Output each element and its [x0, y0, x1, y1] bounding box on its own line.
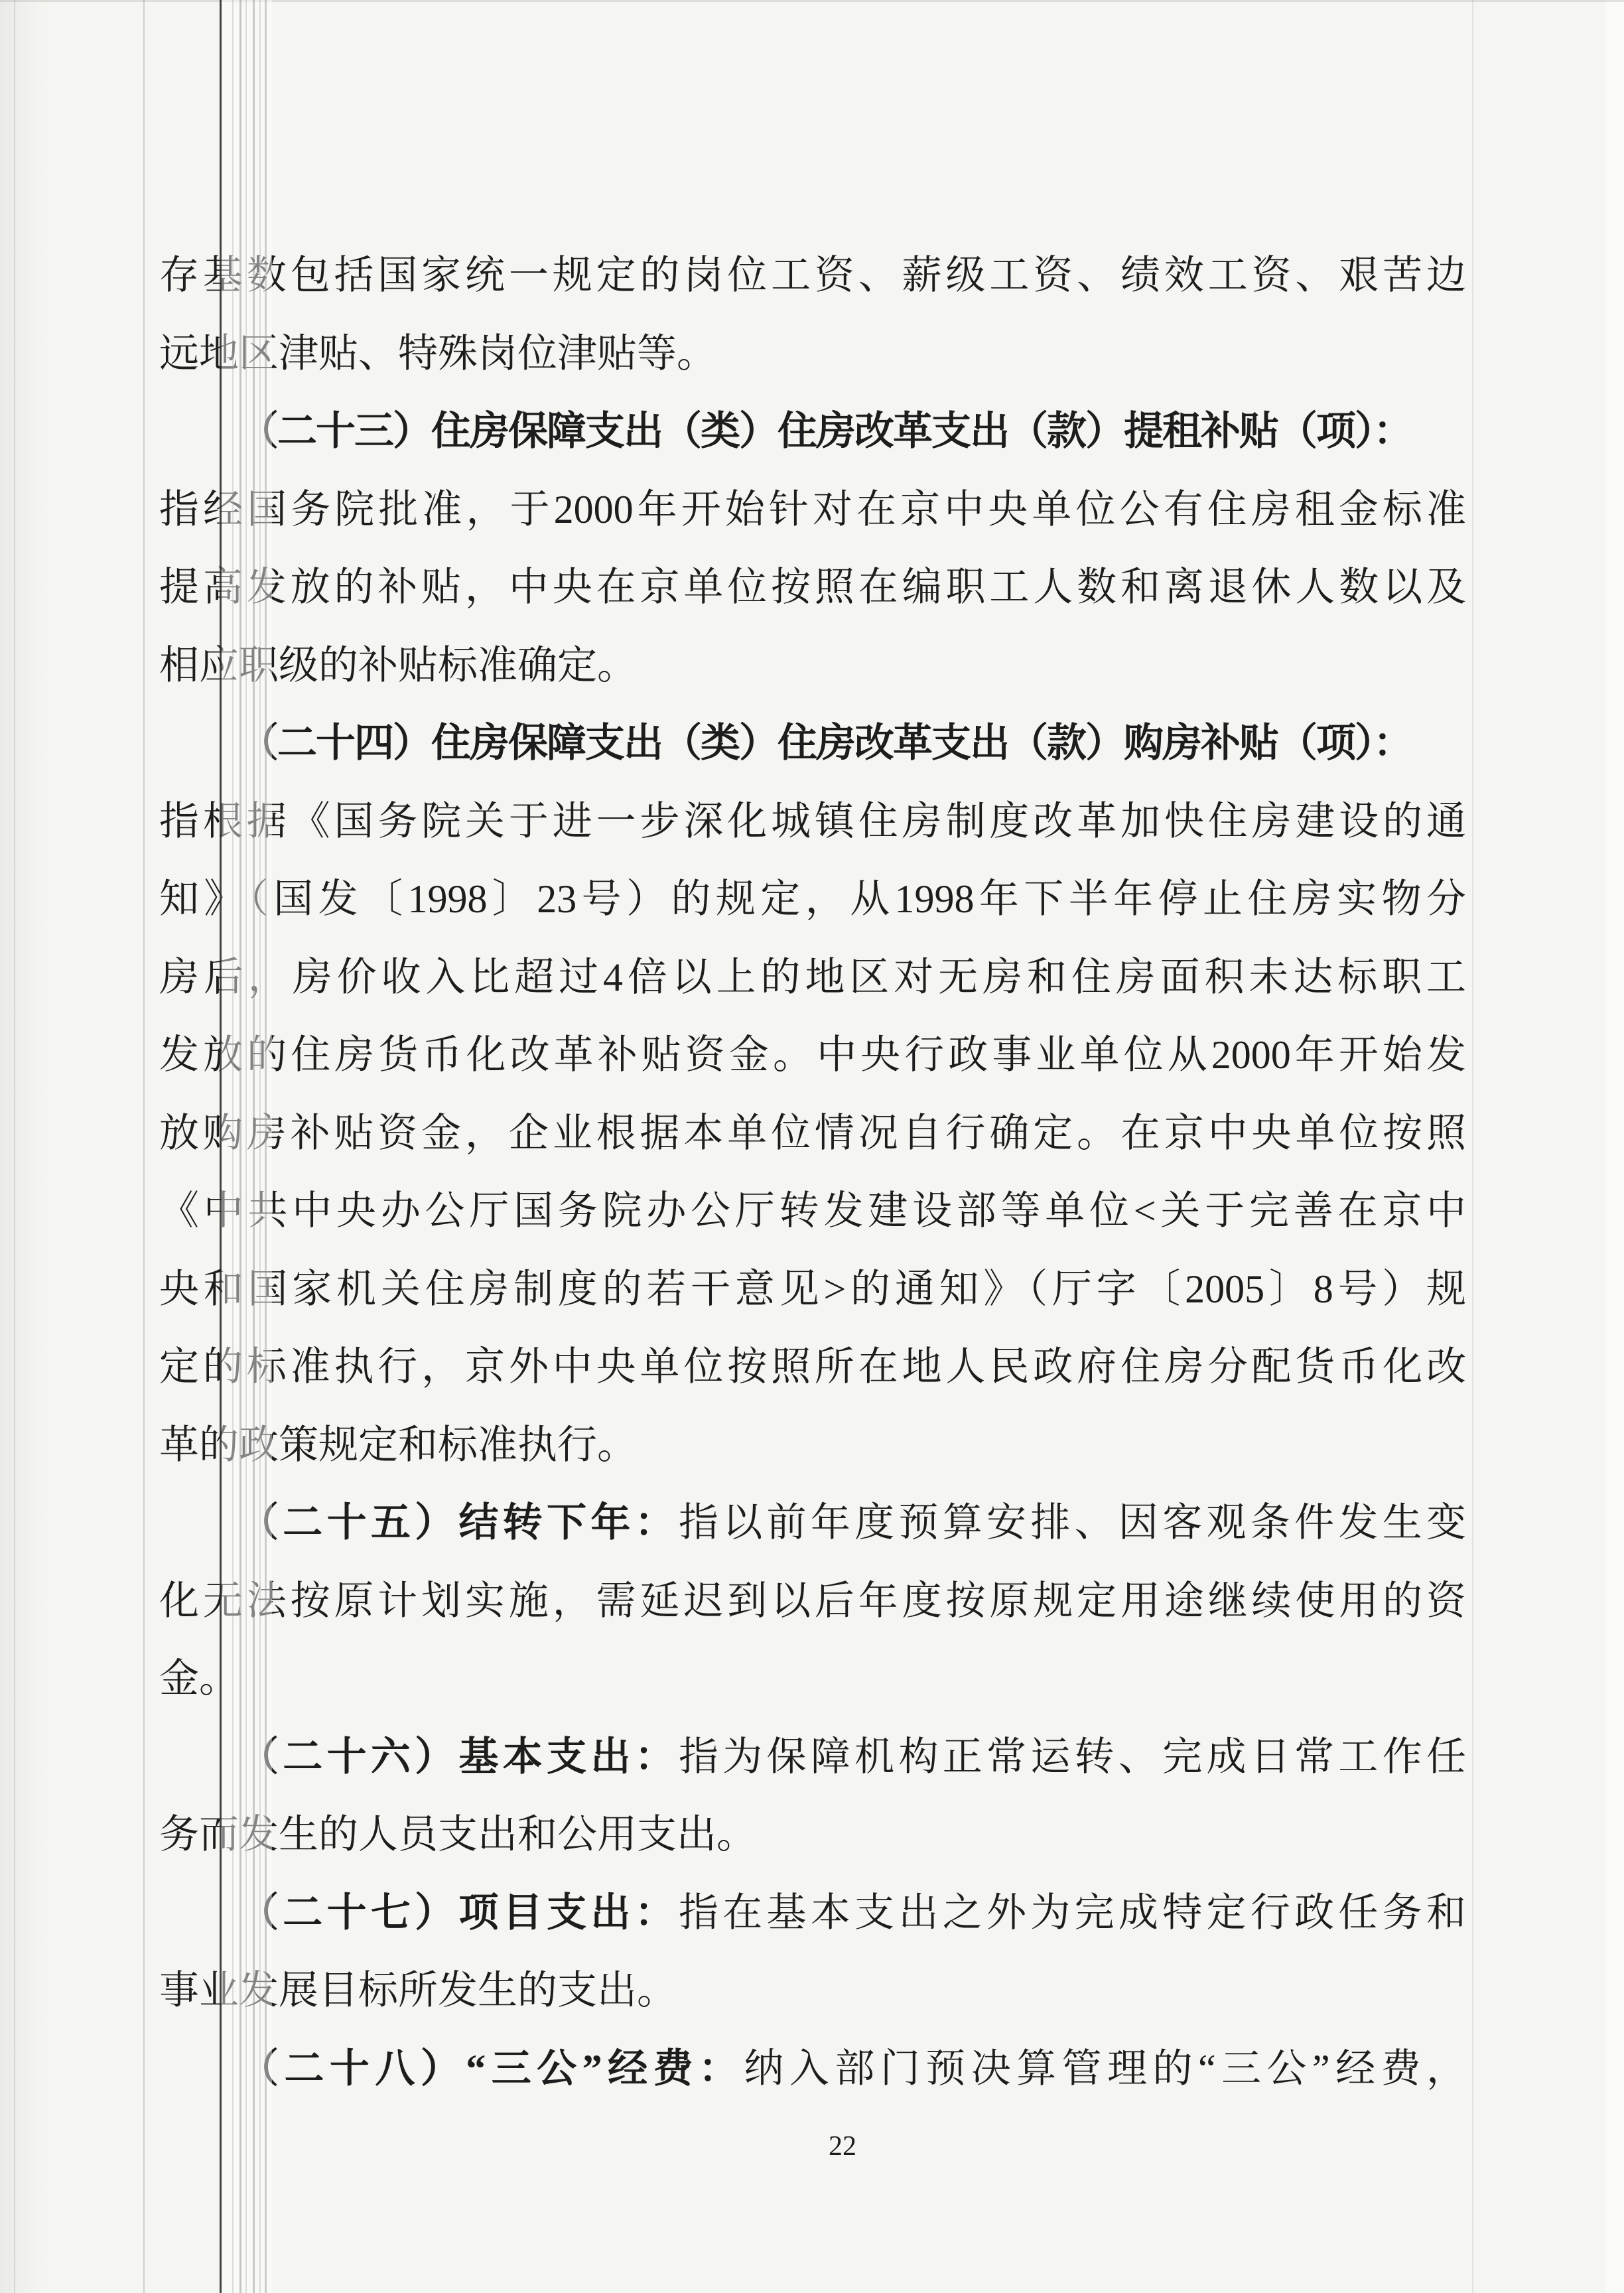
line-segment: 指经国务院批准，于2000年开始针对在京中央单位公有住房租金标准 [159, 488, 1466, 531]
line-segment: 事业发展目标所发生的支出。 [159, 1969, 677, 2012]
text-line: 事业发展目标所发生的支出。 [159, 1952, 1466, 2030]
text-line: 务而发生的人员支出和公用支出。 [159, 1796, 1466, 1874]
scanned-document-page: 存基数包括国家统一规定的岗位工资、薪级工资、绩效工资、艰苦边远地区津贴、特殊岗位… [0, 0, 1624, 2293]
line-segment: 相应职级的补贴标准确定。 [159, 644, 637, 687]
text-line: 《中共中央办公厅国务院办公厅转发建设部等单位<关于完善在京中 [159, 1172, 1466, 1251]
line-segment: 远地区津贴、特殊岗位津贴等。 [159, 332, 716, 376]
page-right-edge-strip [1605, 0, 1624, 2293]
text-line: 革的政策规定和标准执行。 [159, 1407, 1466, 1485]
page-left-edge-shade [0, 0, 46, 2293]
text-line: 发放的住房货币化改革补贴资金。中央行政事业单位从2000年开始发 [159, 1016, 1466, 1095]
text-line: 知》（国发〔1998〕23号）的规定，从1998年下半年停止住房实物分 [159, 861, 1466, 939]
line-segment: （二十五）结转下年： [239, 1501, 679, 1545]
text-line: （二十三）住房保障支出（类）住房改革支出（款）提租补贴（项）： [159, 393, 1466, 471]
text-line: 化无法按原计划实施，需延迟到以后年度按原规定用途继续使用的资 [159, 1563, 1466, 1641]
text-line: 远地区津贴、特殊岗位津贴等。 [159, 315, 1466, 393]
line-segment: 提高发放的补贴，中央在京单位按照在编职工人数和离退休人数以及 [159, 565, 1466, 609]
line-segment: 指在基本支出之外为完成特定行政任务和 [679, 1891, 1466, 1935]
line-segment: 金。 [159, 1657, 239, 1701]
line-segment: 务而发生的人员支出和公用支出。 [159, 1813, 756, 1856]
line-segment: 存基数包括国家统一规定的岗位工资、薪级工资、绩效工资、艰苦边 [159, 253, 1466, 297]
text-line: （二十四）住房保障支出（类）住房改革支出（款）购房补贴（项）： [159, 705, 1466, 783]
scan-streak-left [143, 0, 145, 2293]
line-segment: 指根据《国务院关于进一步深化城镇住房制度改革加快住房建设的通 [159, 799, 1466, 843]
line-segment: 知》（国发〔1998〕23号）的规定，从1998年下半年停止住房实物分 [159, 877, 1466, 921]
line-segment: （二十六）基本支出： [239, 1735, 679, 1779]
text-line: 金。 [159, 1640, 1466, 1718]
text-line: （二十八）“三公”经费：纳入部门预决算管理的“三公”经费， [159, 2030, 1466, 2109]
line-segment: 化无法按原计划实施，需延迟到以后年度按原规定用途继续使用的资 [159, 1579, 1466, 1623]
text-line: 指根据《国务院关于进一步深化城镇住房制度改革加快住房建设的通 [159, 783, 1466, 861]
line-segment: 纳入部门预决算管理的“三公”经费， [744, 2047, 1466, 2091]
line-segment: 定的标准执行，京外中央单位按照所在地人民政府住房分配货币化改 [159, 1345, 1466, 1389]
text-line: （二十五）结转下年：指以前年度预算安排、因客观条件发生变 [159, 1484, 1466, 1563]
page-number: 22 [776, 2131, 909, 2162]
text-line: 定的标准执行，京外中央单位按照所在地人民政府住房分配货币化改 [159, 1328, 1466, 1407]
line-segment: （二十三）住房保障支出（类）住房改革支出（款）提租补贴（项）： [239, 409, 1412, 453]
line-segment: 革的政策规定和标准执行。 [159, 1423, 637, 1467]
text-line: （二十七）项目支出：指在基本支出之外为完成特定行政任务和 [159, 1874, 1466, 1953]
line-segment: （二十八）“三公”经费： [239, 2047, 744, 2091]
line-segment: 指以前年度预算安排、因客观条件发生变 [679, 1501, 1466, 1545]
text-block: 存基数包括国家统一规定的岗位工资、薪级工资、绩效工资、艰苦边远地区津贴、特殊岗位… [159, 237, 1466, 2108]
line-segment: （二十四）住房保障支出（类）住房改革支出（款）购房补贴（项）： [239, 721, 1412, 765]
text-line: 指经国务院批准，于2000年开始针对在京中央单位公有住房租金标准 [159, 471, 1466, 549]
text-line: 央和国家机关住房制度的若干意见>的通知》（厅字〔2005〕8号）规 [159, 1251, 1466, 1329]
text-line: 相应职级的补贴标准确定。 [159, 627, 1466, 705]
text-line: 房后，房价收入比超过4倍以上的地区对无房和住房面积未达标职工 [159, 939, 1466, 1017]
text-line: 提高发放的补贴，中央在京单位按照在编职工人数和离退休人数以及 [159, 549, 1466, 627]
line-segment: 发放的住房货币化改革补贴资金。中央行政事业单位从2000年开始发 [159, 1033, 1466, 1077]
text-line: 存基数包括国家统一规定的岗位工资、薪级工资、绩效工资、艰苦边 [159, 237, 1466, 315]
line-segment: 指为保障机构正常运转、完成日常工作任 [679, 1735, 1466, 1779]
page-top-edge [0, 0, 1624, 2]
scan-streak-right-margin [1472, 0, 1473, 2293]
line-segment: （二十七）项目支出： [239, 1891, 679, 1935]
line-segment: 房后，房价收入比超过4倍以上的地区对无房和住房面积未达标职工 [159, 955, 1466, 999]
line-segment: 央和国家机关住房制度的若干意见>的通知》（厅字〔2005〕8号）规 [159, 1267, 1466, 1311]
line-segment: 放购房补贴资金，企业根据本单位情况自行确定。在京中央单位按照 [159, 1111, 1466, 1155]
text-line: （二十六）基本支出：指为保障机构正常运转、完成日常工作任 [159, 1718, 1466, 1797]
text-line: 放购房补贴资金，企业根据本单位情况自行确定。在京中央单位按照 [159, 1095, 1466, 1173]
line-segment: 《中共中央办公厅国务院办公厅转发建设部等单位<关于完善在京中 [159, 1189, 1466, 1233]
